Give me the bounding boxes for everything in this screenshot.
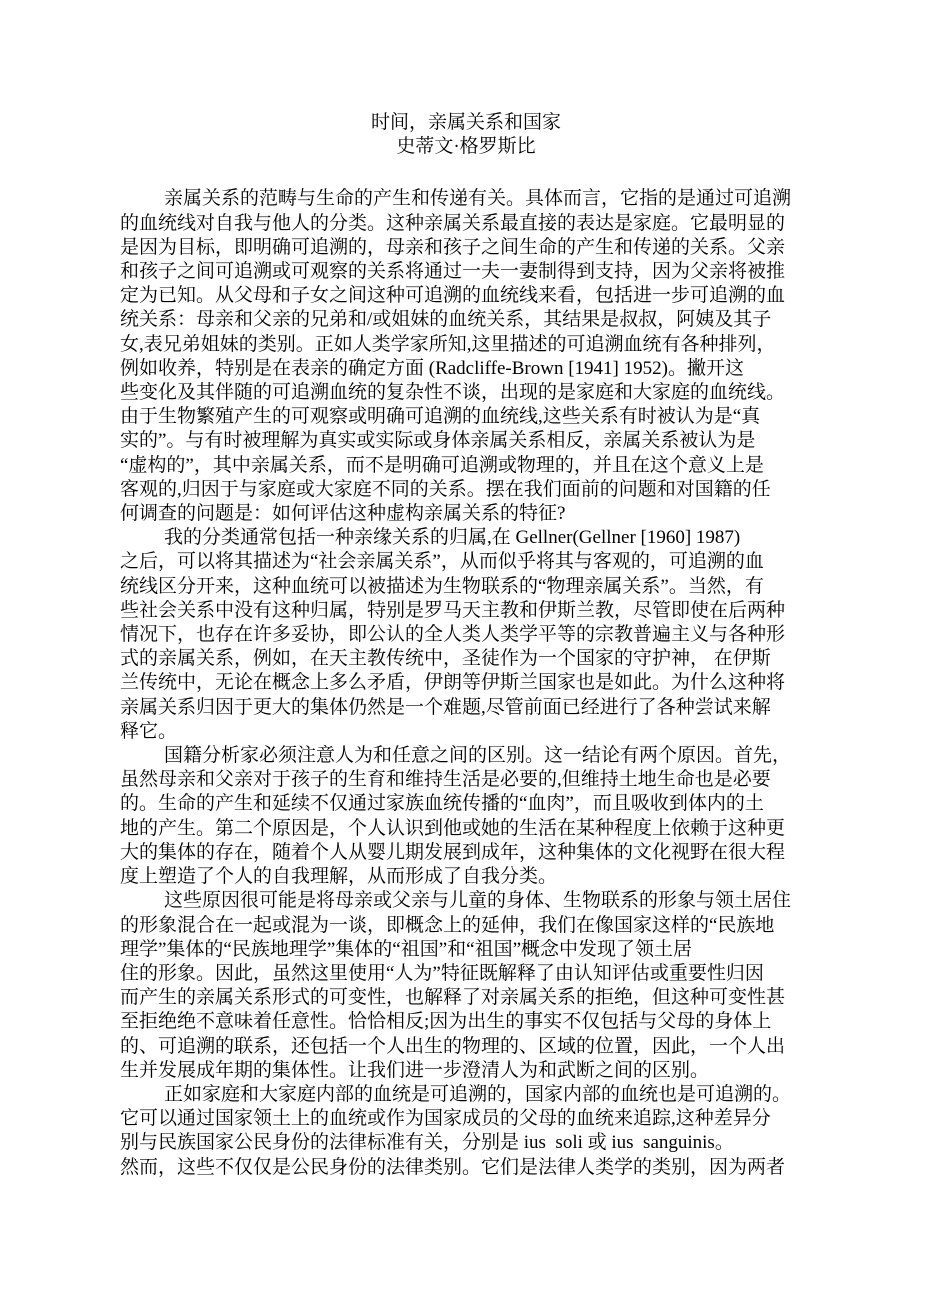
text-line: 生并发展成年期的集体性。让我们进一步澄清人为和武断之间的区别。 xyxy=(120,1059,812,1083)
text-line: 是因为目标，即明确可追溯的，母亲和孩子之间生命的产生和传递的关系。父亲 xyxy=(120,236,812,260)
text-line: 然而，这些不仅仅是公民身份的法律类别。它们是法律人类学的类别，因为两者 xyxy=(120,1156,812,1180)
text-line: 统线区分开来，这种血统可以被描述为生物联系的“物理亲属关系”。当然，有 xyxy=(120,575,812,599)
text-line: 而产生的亲属关系形式的可变性，也解释了对亲属关系的拒绝，但这种可变性甚 xyxy=(120,986,812,1010)
text-line: 些社会关系中没有这种归属，特别是罗马天主教和伊斯兰教，尽管即使在后两种 xyxy=(120,599,812,623)
text-line: 的。生命的产生和延续不仅通过家族血统传播的“血肉”，而且吸收到体内的土 xyxy=(120,792,812,816)
text-line: 些变化及其伴随的可追溯血统的复杂性不谈，出现的是家庭和大家庭的血统线。 xyxy=(120,381,812,405)
text-line: 它可以通过国家领土上的血统或作为国家成员的父母的血统来追踪,这种差异分 xyxy=(120,1107,812,1131)
text-line: 定为已知。从父母和子女之间这种可追溯的血统线来看，包括进一步可追溯的血 xyxy=(120,284,812,308)
text-line: 由于生物繁殖产生的可观察或明确可追溯的血统线,这些关系有时被认为是“真 xyxy=(120,405,812,429)
text-line: 例如收养，特别是在表亲的确定方面 (Radcliffe-Brown [1941]… xyxy=(120,357,812,381)
document-content: 时间，亲属关系和国家 史蒂文·格罗斯比 亲属关系的范畴与生命的产生和传递有关。具… xyxy=(120,111,812,1180)
text-line: 度上塑造了个人的自我理解，从而形成了自我分类。 xyxy=(120,865,812,889)
text-line: “虚构的”，其中亲属关系，而不是明确可追溯或物理的，并且在这个意义上是 xyxy=(120,454,812,478)
text-line: 虽然母亲和父亲对于孩子的生育和维持生活是必要的,但维持土地生命也是必要 xyxy=(120,768,812,792)
text-line: 正如家庭和大家庭内部的血统是可追溯的，国家内部的血统也是可追溯的。 xyxy=(120,1083,812,1107)
text-line: 情况下，也存在许多妥协，即公认的全人类人类学平等的宗教普遍主义与各种形 xyxy=(120,623,812,647)
text-line: 实的”。与有时被理解为真实或实际或身体亲属关系相反，亲属关系被认为是 xyxy=(120,429,812,453)
text-line: 别与民族国家公民身份的法律标准有关，分别是 ius soli 或 ius san… xyxy=(120,1131,812,1155)
text-line: 释它。 xyxy=(120,720,812,744)
text-line: 女,表兄弟姐妹的类别。正如人类学家所知,这里描述的可追溯血统有各种排列， xyxy=(120,333,812,357)
text-line: 统关系：母亲和父亲的兄弟和/或姐妹的血统关系，其结果是叔叔，阿姨及其子 xyxy=(120,308,812,332)
document-page: 时间，亲属关系和国家 史蒂文·格罗斯比 亲属关系的范畴与生命的产生和传递有关。具… xyxy=(0,0,926,1309)
text-line: 理学”集体的“民族地理学”集体的“祖国”和“祖国”概念中发现了领土居 xyxy=(120,938,812,962)
text-line: 的形象混合在一起或混为一谈，即概念上的延伸，我们在像国家这样的“民族地 xyxy=(120,914,812,938)
text-line: 地的产生。第二个原因是，个人认识到他或她的生活在某种程度上依赖于这种更 xyxy=(120,817,812,841)
text-line: 亲属关系的范畴与生命的产生和传递有关。具体而言，它指的是通过可追溯 xyxy=(120,187,812,211)
text-line: 和孩子之间可追溯或可观察的关系将通过一夫一妻制得到支持，因为父亲将被推 xyxy=(120,260,812,284)
text-line: 之后，可以将其描述为“社会亲属关系”，从而似乎将其与客观的，可追溯的血 xyxy=(120,550,812,574)
text-line: 客观的,归因于与家庭或大家庭不同的关系。摆在我们面前的问题和对国籍的任 xyxy=(120,478,812,502)
text-line: 大的集体的存在，随着个人从婴儿期发展到成年，这种集体的文化视野在很大程 xyxy=(120,841,812,865)
text-line: 何调查的问题是：如何评估这种虚构亲属关系的特征? xyxy=(120,502,812,526)
text-line: 国籍分析家必须注意人为和任意之间的区别。这一结论有两个原因。首先， xyxy=(120,744,812,768)
text-line: 兰传统中，无论在概念上多么矛盾，伊朗等伊斯兰国家也是如此。为什么这种将 xyxy=(120,671,812,695)
text-line: 这些原因很可能是将母亲或父亲与儿童的身体、生物联系的形象与领土居住 xyxy=(120,889,812,913)
text-line: 的、可追溯的联系，还包括一个人出生的物理的、区域的位置，因此，一个人出 xyxy=(120,1035,812,1059)
text-line: 我的分类通常包括一种亲缘关系的归属,在 Gellner(Gellner [196… xyxy=(120,526,812,550)
text-line: 亲属关系归因于更大的集体仍然是一个难题,尽管前面已经进行了各种尝试来解 xyxy=(120,696,812,720)
text-line: 式的亲属关系，例如，在天主教传统中，圣徒作为一个国家的守护神， 在伊斯 xyxy=(120,647,812,671)
text-line: 的血统线对自我与他人的分类。这种亲属关系最直接的表达是家庭。它最明显的 xyxy=(120,212,812,236)
document-body: 亲属关系的范畴与生命的产生和传递有关。具体而言，它指的是通过可追溯的血统线对自我… xyxy=(120,187,812,1179)
page-title: 时间，亲属关系和国家 xyxy=(120,111,812,135)
text-line: 住的形象。因此，虽然这里使用“人为”特征既解释了由认知评估或重要性归因 xyxy=(120,962,812,986)
text-line: 至拒绝绝不意味着任意性。恰恰相反;因为出生的事实不仅包括与父母的身体上 xyxy=(120,1010,812,1034)
author-line: 史蒂文·格罗斯比 xyxy=(120,135,812,159)
